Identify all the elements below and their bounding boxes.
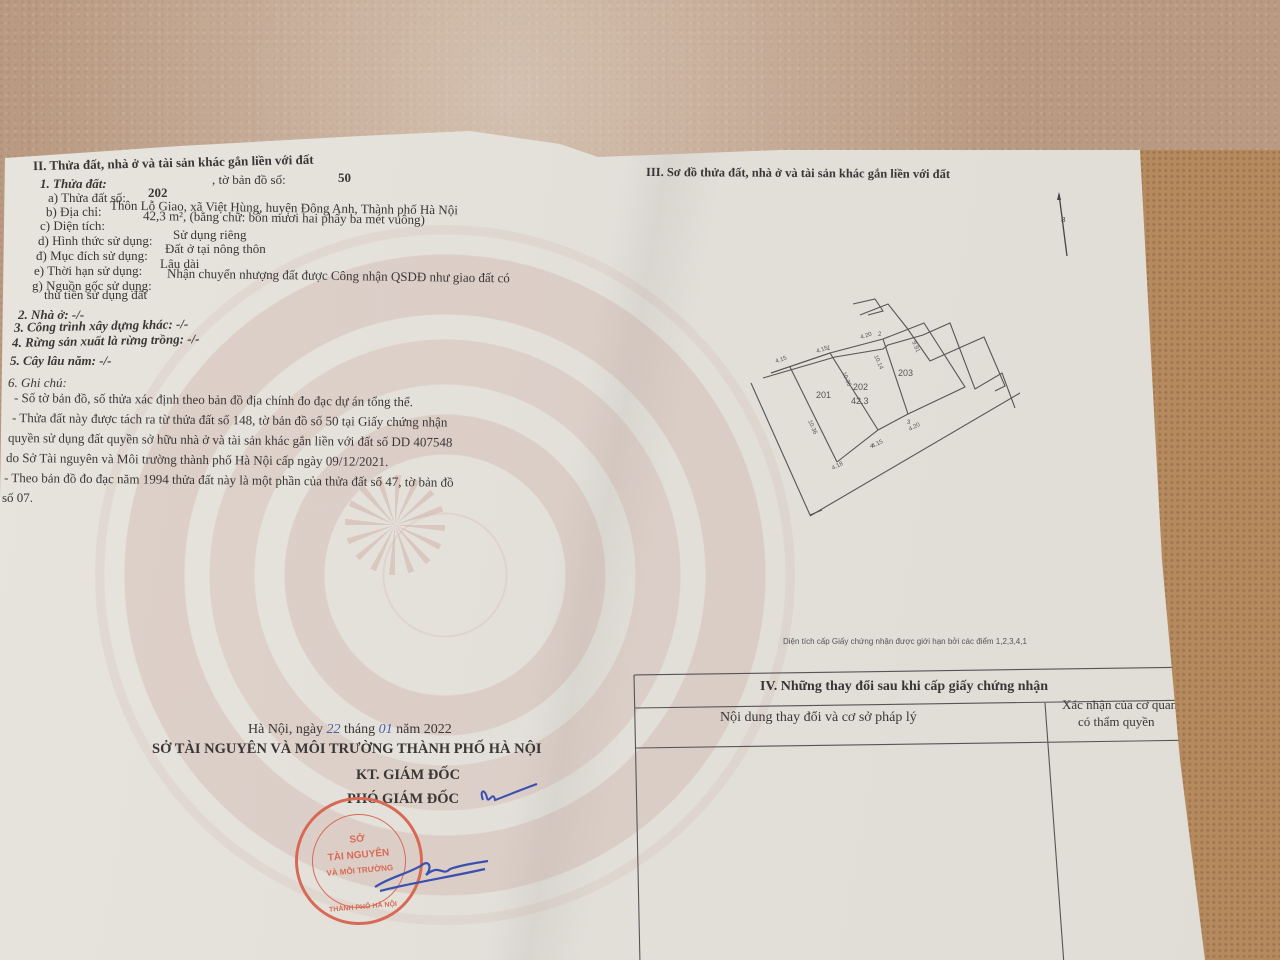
address-label: b) Địa chỉ:: [46, 204, 102, 219]
drum-star-watermark: [345, 475, 445, 575]
map-sheet-label: , tờ bản đồ số:: [212, 172, 286, 187]
item5-perennial-trees: 5. Cây lâu năm: -/-: [10, 353, 111, 368]
note-line-3: quyền sử dụng đất quyền sở hữu nhà ở và …: [8, 430, 453, 450]
purpose-value: Đất ở tại nông thôn: [165, 241, 266, 256]
svg-text:10.14: 10.14: [872, 354, 884, 371]
svg-text:4.18: 4.18: [831, 461, 845, 472]
origin-value-line1: Nhận chuyển nhượng đất được Công nhận QS…: [167, 266, 510, 286]
use-form-value: Sử dụng riêng: [173, 227, 247, 242]
origin-value-line2: thu tiền sử dụng đất: [44, 287, 147, 302]
parcel-202-area: 42.3: [851, 396, 869, 406]
issuing-authority: SỞ TÀI NGUYÊN VÀ MÔI TRƯỜNG THÀNH PHỐ HÀ…: [152, 742, 542, 757]
svg-text:3: 3: [907, 420, 911, 426]
parcel-diagram: 201 202 42.3 203 4.15 4.15 4.20 10.36 10…: [740, 290, 1040, 520]
date-day: 22: [327, 722, 341, 737]
parcel-203-label: 203: [898, 368, 913, 378]
section-iii-title: III. Sơ đồ thửa đất, nhà ở và tài sản kh…: [646, 165, 950, 182]
date-year: năm 2022: [396, 722, 452, 737]
map-sheet-value: 50: [338, 170, 351, 185]
item4-forest: 4. Rừng sản xuất là rừng trồng: -/-: [12, 331, 200, 350]
section-iv-title: IV. Những thay đổi sau khi cấp giấy chứn…: [760, 679, 1048, 694]
purpose-label: đ) Mục đích sử dụng:: [36, 248, 148, 263]
use-form-label: d) Hình thức sử dụng:: [38, 233, 152, 248]
svg-text:9.91: 9.91: [910, 340, 921, 354]
changes-col1-header: Nội dung thay đổi và cơ sở pháp lý: [720, 710, 917, 725]
north-arrow-icon: B: [1055, 192, 1075, 262]
changes-col2-header-line1: Xác nhận của cơ quan: [1062, 697, 1177, 712]
initial-signature: [475, 780, 545, 810]
section-ii-title: II. Thửa đất, nhà ở và tài sản khác gắn …: [33, 152, 314, 173]
area-label: c) Diện tích:: [40, 218, 105, 233]
issue-date: Hà Nội, ngày 22 tháng 01 năm 2022: [248, 722, 452, 737]
svg-text:2: 2: [878, 332, 882, 338]
date-month-label: tháng: [344, 722, 375, 737]
note-line-5: - Theo bản đồ đo đạc năm 1994 thửa đất n…: [4, 470, 454, 490]
note-line-6: số 07.: [2, 490, 33, 505]
item6-notes-label: 6. Ghi chú:: [8, 375, 67, 390]
svg-text:1: 1: [827, 346, 831, 352]
svg-text:4.15: 4.15: [775, 355, 789, 365]
svg-text:10.36: 10.36: [806, 419, 818, 436]
note-line-2: - Thửa đất này được tách ra từ thửa đất …: [12, 410, 448, 430]
item1-label: 1. Thửa đất:: [40, 176, 107, 191]
date-prefix: Hà Nội, ngày: [248, 722, 323, 737]
svg-text:B: B: [1061, 217, 1066, 224]
note-line-4: do Sở Tài nguyên và Môi trường thành phố…: [6, 450, 388, 469]
diagram-caption: Diện tích cấp Giấy chứng nhận được giới …: [783, 634, 1027, 649]
svg-text:4.20: 4.20: [860, 331, 874, 341]
certificate-document: II. Thửa đất, nhà ở và tài sản khác gắn …: [0, 0, 1280, 960]
svg-text:10.36: 10.36: [840, 371, 852, 388]
signer-title-1: KT. GIÁM ĐỐC: [356, 768, 460, 783]
parcel-201-label: 201: [816, 390, 831, 400]
term-label: e) Thời hạn sử dụng:: [34, 263, 142, 278]
area-value: 42,3 m², (bằng chữ: bốn mươi hai phẩy ba…: [143, 208, 425, 227]
note-line-1: - Số tờ bản đồ, số thửa xác định theo bả…: [14, 390, 413, 409]
changes-col2-header-line2: có thẩm quyền: [1078, 714, 1155, 729]
parcel-202-label: 202: [853, 382, 868, 392]
date-month: 01: [379, 722, 393, 737]
signature: [370, 855, 490, 895]
